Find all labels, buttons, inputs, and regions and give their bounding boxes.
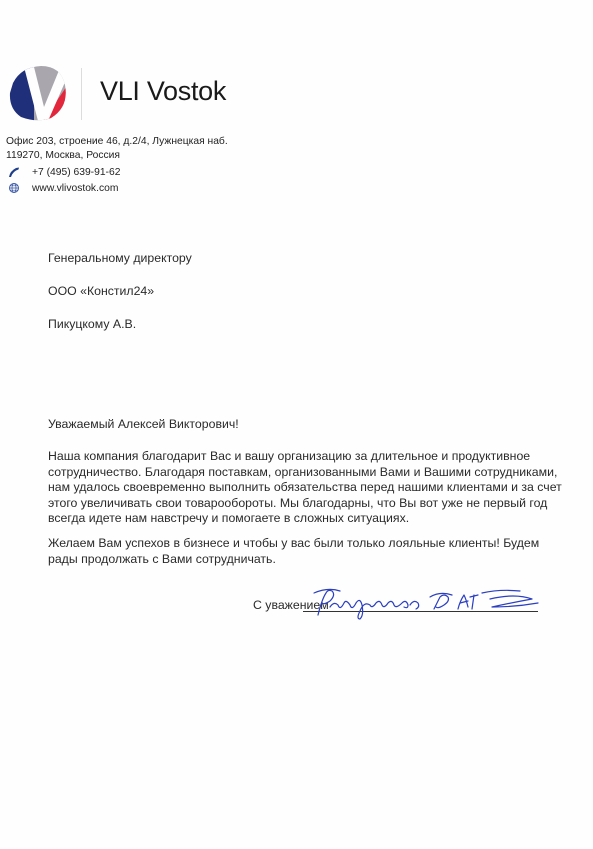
paragraph-1-line: сотрудничество. Благодаря поставкам, орг…	[48, 465, 568, 481]
recipient-position: Генеральному директору	[48, 250, 192, 266]
paragraph-2-line: рады продолжать с Вами сотрудничать.	[48, 552, 568, 568]
globe-icon	[8, 182, 20, 194]
recipient-company: ООО «Констил24»	[48, 283, 154, 299]
phone-number: +7 (495) 639-91-62	[32, 167, 120, 178]
greeting: Уважаемый Алексей Викторович!	[48, 416, 239, 432]
paragraph-1-line: Наша компания благодарит Вас и вашу орга…	[48, 449, 568, 465]
company-logo	[7, 63, 69, 121]
address-line-2: 119270, Москва, Россия	[6, 149, 120, 163]
recipient-name: Пикуцкому А.В.	[48, 316, 136, 332]
paragraph-1-line: всегда идете нам навстречу и помогаете в…	[48, 511, 568, 527]
handwritten-signature	[310, 585, 545, 623]
phone-icon	[8, 166, 20, 178]
address-line-1: Офис 203, строение 46, д.2/4, Лужнецкая …	[6, 135, 228, 149]
paragraph-2-line: Желаем Вам успехов в бизнесе и чтобы у в…	[48, 536, 568, 552]
paragraph-1: Наша компания благодарит Вас и вашу орга…	[48, 449, 568, 527]
phone-row: +7 (495) 639-91-62	[8, 166, 120, 178]
paragraph-1-line: нам удалось своевременно выполнить обяза…	[48, 480, 568, 496]
website-link[interactable]: www.vlivostok.com	[32, 183, 118, 194]
brand-name: VLI Vostok	[100, 78, 226, 105]
paragraph-1-line: этого увеличивать свои товарообороты. Мы…	[48, 496, 568, 512]
logo-divider	[81, 68, 82, 120]
website-row: www.vlivostok.com	[8, 182, 118, 194]
paragraph-2: Желаем Вам успехов в бизнесе и чтобы у в…	[48, 536, 568, 567]
